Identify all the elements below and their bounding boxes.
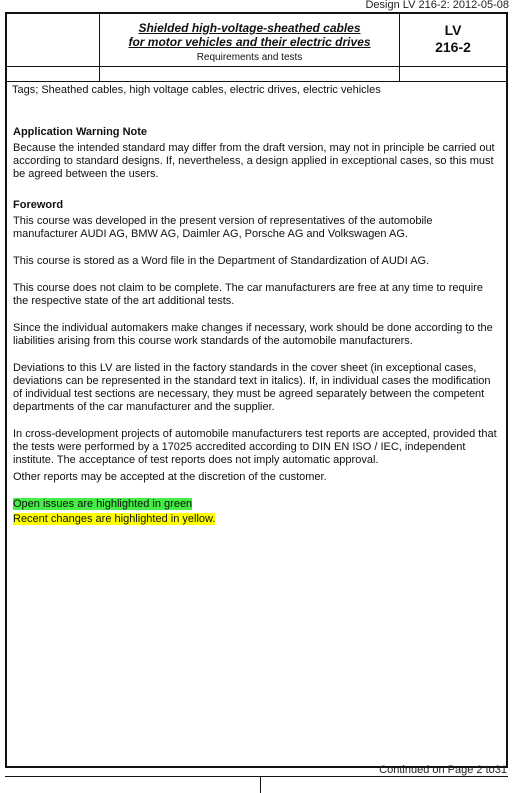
logo-cell [7,14,100,66]
subrow-cell-1 [7,67,100,81]
document-subtitle: Requirements and tests [100,52,399,64]
continued-label: Continued on Page 2 to31 [379,764,507,776]
subrow-cell-3 [400,67,506,81]
foreword-paragraph: Other reports may be accepted at the dis… [13,471,499,484]
foreword-paragraph: This course is stored as a Word file in … [13,255,499,268]
title-line-1: Shielded high-voltage-sheathed cables [100,21,399,35]
footer-tick [260,776,261,793]
subrow-cell-2 [100,67,400,81]
foreword-paragraph: In cross-development projects of automob… [13,428,499,467]
code-line-1: LV [400,22,506,39]
green-highlight-note: Open issues are highlighted in green [13,498,192,510]
tags-line: Tags; Sheathed cables, high voltage cabl… [12,83,381,97]
foreword-paragraph: Since the individual automakers make cha… [13,322,499,348]
document-title: Shielded high-voltage-sheathed cables fo… [100,21,399,49]
header-subrow [7,67,506,82]
design-version-label: Design LV 216-2: 2012-05-08 [365,0,509,12]
foreword-heading: Foreword [13,199,499,212]
code-line-2: 216-2 [400,39,506,56]
document-body: Application Warning Note Because the int… [13,126,499,526]
warning-text: Because the intended standard may differ… [13,142,499,181]
footer-divider [5,776,508,777]
foreword-paragraph: This course does not claim to be complet… [13,282,499,308]
warning-heading: Application Warning Note [13,126,499,139]
foreword-paragraph: This course was developed in the present… [13,215,499,241]
yellow-highlight-note: Recent changes are highlighted in yellow… [13,513,215,525]
foreword-paragraph: Deviations to this LV are listed in the … [13,362,499,414]
title-cell: Shielded high-voltage-sheathed cables fo… [100,14,400,66]
document-code: LV 216-2 [400,22,506,56]
code-cell: LV 216-2 [400,14,506,66]
title-line-2: for motor vehicles and their electric dr… [100,35,399,49]
header-row: Shielded high-voltage-sheathed cables fo… [7,14,506,67]
document-frame: Shielded high-voltage-sheathed cables fo… [5,12,508,768]
